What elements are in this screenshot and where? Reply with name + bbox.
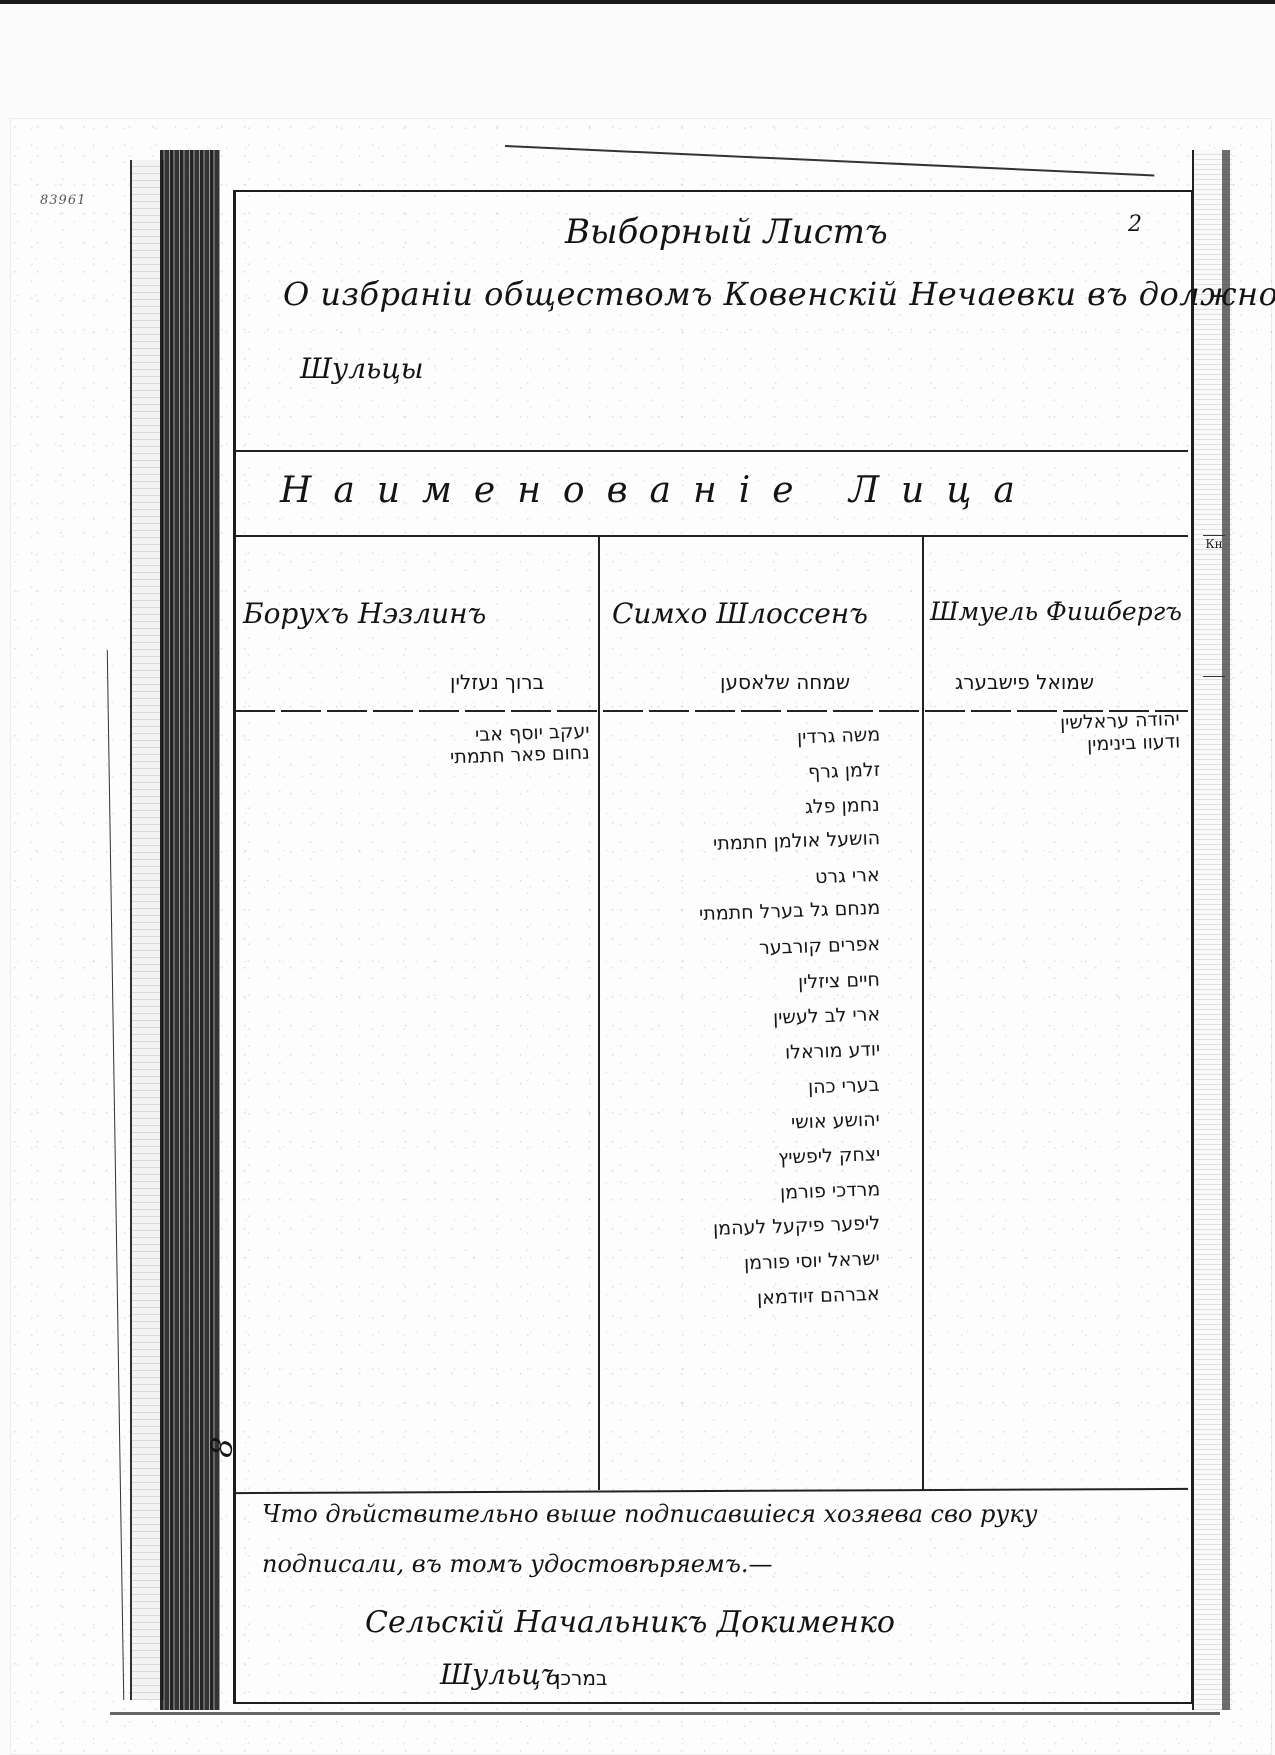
document-title: Выборный Листъ (565, 212, 888, 252)
binding-strip (130, 160, 164, 1700)
document-subtitle-continued: Шульцы (300, 352, 424, 385)
signature: ארי לב לעשין (773, 1003, 881, 1029)
signature: ישראל יוסי פורמן (744, 1248, 881, 1275)
book-spine (160, 150, 220, 1710)
candidate-name-3: Шмуель Фишбергъ (930, 597, 1182, 626)
signature: אברהם זיודמאן (757, 1283, 880, 1309)
signature: משה גרדין (796, 724, 880, 749)
signature: ליפער פיקעל לעהמן (713, 1212, 881, 1240)
signature: חיים ציזלין (798, 969, 881, 994)
page-bottom-edge (110, 1712, 1220, 1715)
signature: אפרים קורבער (758, 933, 880, 959)
signature: הושעל אולמן חתמתי (713, 827, 881, 855)
candidate-name-1: Борухъ Нэзлинъ (243, 597, 486, 630)
signature: נחמן פלג (805, 794, 880, 819)
signature-list-3: יהודה עראלשין ודעוו בינימין (1040, 710, 1180, 754)
signature: יודע מוראלו (784, 1038, 880, 1063)
candidate-hebrew-name-1: ברוך נעזלין (450, 670, 544, 694)
candidate-name-2: Симхо Шлоссенъ (612, 597, 868, 630)
certification-line-2: подписали, въ томъ удостовѣряемъ.— (262, 1550, 772, 1578)
signature: מנחם גל בערל חתמתי (698, 897, 880, 925)
signature: נחום פאר חתמתי (450, 742, 590, 769)
document-subtitle: О избраніи обществомъ Ковенскій Нечаевки… (283, 275, 1275, 313)
official-signature: Сельскій Начальникъ Докименко (365, 1605, 895, 1640)
page-number: 2 (1128, 212, 1142, 237)
archive-margin-number: 83961 (40, 193, 86, 208)
signature-list-2: משה גרדין זלמן גרף נחמן פלג הושעל אולמן … (650, 725, 880, 1307)
signature: זלמן גרף (807, 759, 880, 784)
signature: יצחק ליפשיץ (777, 1143, 880, 1169)
right-binding-shadow (1222, 150, 1230, 1710)
title-divider (235, 450, 1188, 452)
candidate-hebrew-name-2: שמחה שלאסען (720, 670, 850, 694)
candidate-hebrew-name-3: שמואל פישבערג (955, 670, 1094, 694)
signature: ודעוו בינימין (1086, 730, 1180, 755)
official-title: Шульцъ (440, 1658, 559, 1691)
side-tab: Кн (1203, 535, 1225, 677)
signature: ארי גרט (815, 864, 880, 888)
scan-top-edge (0, 0, 1275, 4)
signature-list-1: יעקב יוסף אבי נחום פאר חתמתי (405, 722, 590, 766)
certification-line-1: Что дѣйствительно выше подписавшіеся хоз… (262, 1500, 1038, 1528)
official-hebrew-signature: במרכן (555, 1666, 607, 1690)
column-divider-2 (922, 535, 924, 1490)
heading-divider (235, 535, 1188, 537)
signature: מרדכי פורמן (779, 1178, 880, 1203)
signature: בערי כהן (808, 1074, 880, 1098)
signature: יהושע אושי (791, 1108, 881, 1133)
table-heading: Наименованіе Лица (280, 470, 1037, 511)
column-divider-1 (598, 535, 600, 1490)
